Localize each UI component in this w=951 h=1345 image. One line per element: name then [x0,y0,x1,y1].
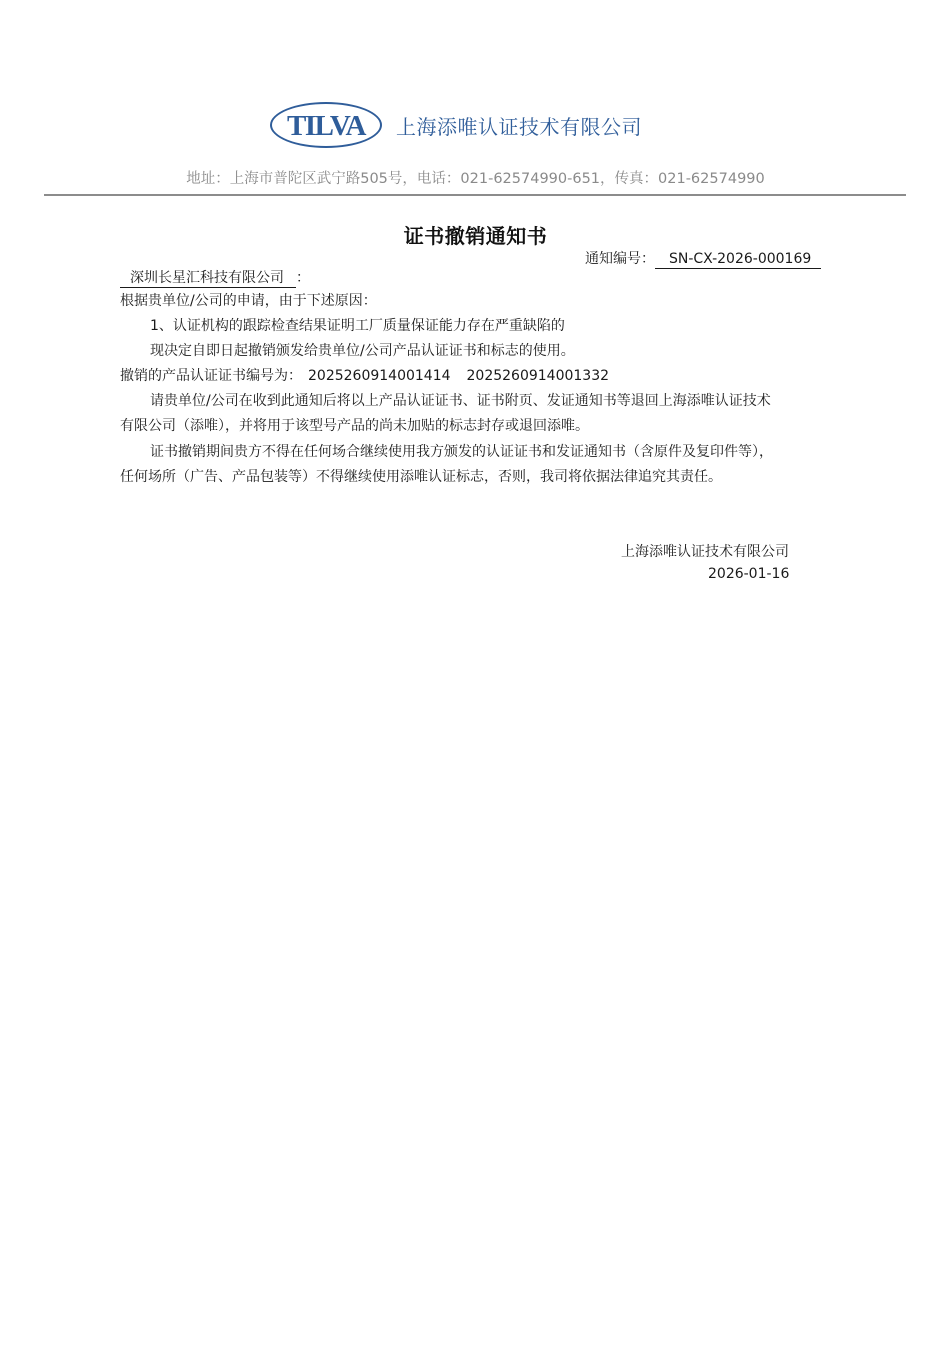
notice-number: SN-CX-2026-000169 [655,251,821,269]
intro-paragraph: 根据贵单位/公司的申请，由于下述原因： [120,291,377,311]
certificate-number: 2025260914001332 [467,368,610,384]
company-name: 上海添唯认证技术有限公司 [396,111,642,140]
recipient-name: 深圳长星汇科技有限公司 [120,269,296,288]
return-instructions-line-2: 有限公司（添唯），并将用于该型号产品的尚未加贴的标志封存或退回添唯。 [120,416,589,436]
return-instructions-line-1: 请贵单位/公司在收到此通知后将以上产品认证证书、证书附页、发证通知书等退回上海添… [120,391,771,411]
certificate-number: 2025260914001414 [308,368,451,384]
recipient-line: 深圳长星汇科技有限公司： [120,268,310,288]
notice-number-line: 通知编号：SN-CX-2026-000169 [585,248,821,269]
letterhead: TILVA 上海添唯认证技术有限公司 [270,101,642,149]
reason-item-1: 1、认证机构的跟踪检查结果证明工厂质量保证能力存在严重缺陷的 [120,316,565,336]
prohibition-line-2: 任何场所（广告、产品包装等）不得继续使用添唯认证标志，否则，我司将依据法律追究其… [120,467,722,487]
address-line: 地址：上海市普陀区武宁路505号，电话：021-62574990-651，传真：… [0,167,951,188]
revoked-certificates-line: 撤销的产品认证证书编号为：202526091400141420252609140… [120,366,609,386]
signature-date: 2026-01-16 [708,566,789,582]
notice-number-label: 通知编号： [585,251,655,267]
certificate-numbers-label: 撤销的产品认证证书编号为： [120,368,302,384]
recipient-suffix: ： [296,270,310,286]
tilva-oval-logo-icon: TILVA [270,102,382,148]
decision-paragraph: 现决定自即日起撤销颁发给贵单位/公司产品认证证书和标志的使用。 [120,341,575,361]
header-divider [44,194,906,196]
document-title: 证书撤销通知书 [0,220,951,249]
logo-text: TILVA [287,112,365,141]
signature-company: 上海添唯认证技术有限公司 [621,541,789,561]
prohibition-line-1: 证书撤销期间贵方不得在任何场合继续使用我方颁发的认证证书和发证通知书（含原件及复… [120,442,773,462]
